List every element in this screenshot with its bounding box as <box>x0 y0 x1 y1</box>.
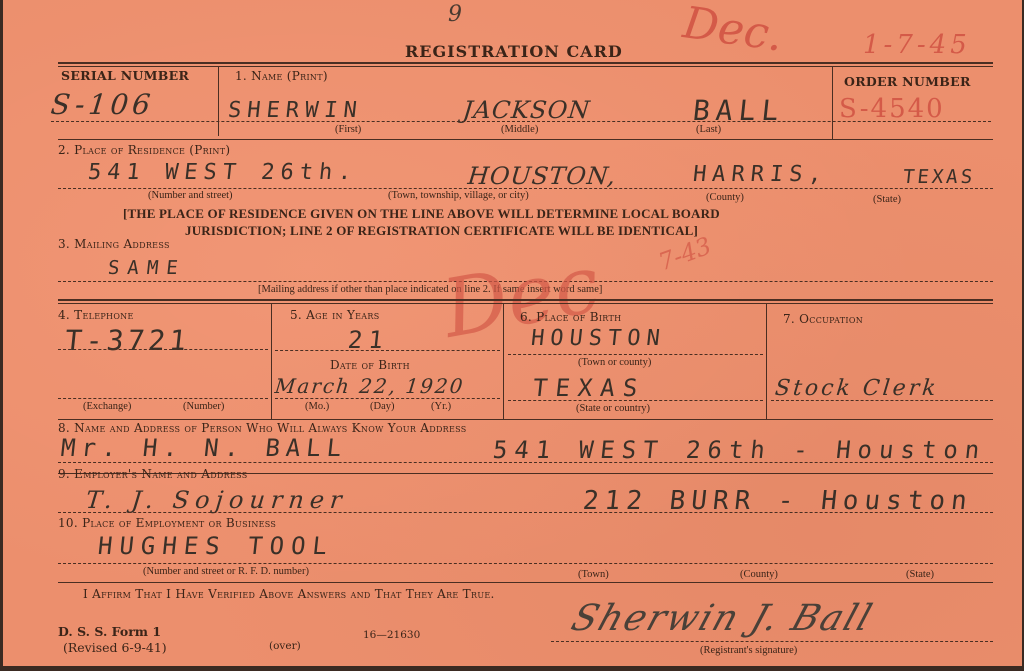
name-middle: JACKSON <box>462 96 592 124</box>
contact-name: Mr. H. N. BALL <box>60 434 349 462</box>
divider <box>218 66 219 136</box>
registrant-signature: Sherwin J. Ball <box>566 598 878 639</box>
state-caption: (State) <box>873 194 901 205</box>
county-caption: (County) <box>706 192 744 203</box>
telephone-label: 4. Telephone <box>58 308 134 322</box>
rule <box>58 62 993 64</box>
divider <box>503 303 504 419</box>
residence-notice-1: [THE PLACE OF RESIDENCE GIVEN ON THE LIN… <box>123 206 720 222</box>
telephone-value: T-3721 <box>63 324 192 357</box>
residence-state: TEXAS <box>902 166 977 188</box>
birthplace-town: HOUSTON <box>530 326 667 351</box>
serial-number-value: S-106 <box>49 88 156 121</box>
number-caption: (Number) <box>183 401 224 412</box>
card-title: REGISTRATION CARD <box>405 42 623 61</box>
dotted-line <box>58 563 993 564</box>
dob-label: Date of Birth <box>330 358 410 372</box>
first-caption: (First) <box>335 124 361 135</box>
birthplace-state: TEXAS <box>532 374 647 402</box>
employment-value: HUGHES TOOL <box>97 532 336 560</box>
emp-state-caption: (State) <box>906 569 934 580</box>
serial-number-label: SERIAL NUMBER <box>61 68 189 83</box>
dotted-line <box>58 512 993 513</box>
registration-card: 9 REGISTRATION CARD Dec. 1-7-45 SERIAL N… <box>3 0 1022 666</box>
rule <box>58 299 993 301</box>
stamp-month: Dec. <box>680 0 786 62</box>
dotted-line <box>58 349 268 350</box>
street-caption: (Number and street) <box>148 190 233 201</box>
dotted-line <box>58 188 993 189</box>
last-caption: (Last) <box>696 124 721 135</box>
age-label: 5. Age in Years <box>290 308 380 322</box>
name-first: SHERWIN <box>227 98 364 123</box>
dotted-line <box>275 350 500 351</box>
residence-street: 541 WEST 26th. <box>87 160 359 185</box>
divider <box>832 66 833 140</box>
print-code: 16—21630 <box>363 629 420 641</box>
page-mark: 9 <box>448 2 462 27</box>
order-number-label: ORDER NUMBER <box>844 74 971 89</box>
contact-address: 541 WEST 26th - Houston <box>492 436 988 464</box>
rule <box>58 303 993 304</box>
order-number-value: S-4540 <box>839 94 945 124</box>
middle-caption: (Middle) <box>501 124 538 135</box>
form-number: D. S. S. Form 1 <box>58 624 161 639</box>
emp-town-caption: (Town) <box>578 569 609 580</box>
month-caption: (Mo.) <box>305 401 329 412</box>
over-note: (over) <box>269 640 301 652</box>
mailing-label: 3. Mailing Address <box>58 237 170 251</box>
dotted-line <box>275 398 500 399</box>
name-label: 1. Name (Print) <box>235 69 328 83</box>
rule <box>58 419 993 420</box>
residence-notice-2: JURISDICTION; LINE 2 OF REGISTRATION CER… <box>185 223 698 239</box>
form-revised: (Revised 6-9-41) <box>63 640 167 655</box>
rule <box>58 582 993 583</box>
town-county-caption: (Town or county) <box>578 357 651 368</box>
dotted-line <box>508 354 763 355</box>
dotted-line <box>58 398 268 399</box>
day-caption: (Day) <box>370 401 395 412</box>
affirmation-text: I Affirm That I Have Verified Above Answ… <box>83 587 495 601</box>
residence-town: HOUSTON, <box>467 162 618 190</box>
signature-caption: (Registrant's signature) <box>700 645 797 656</box>
residence-label: 2. Place of Residence (Print) <box>58 143 230 157</box>
divider <box>766 303 767 419</box>
dotted-line <box>58 462 993 463</box>
employer-name: T. J. Sojourner <box>85 486 350 514</box>
emp-county-caption: (County) <box>740 569 778 580</box>
rule <box>58 66 993 67</box>
dotted-line <box>771 400 993 401</box>
contact-label: 8. Name and Address of Person Who Will A… <box>58 421 467 435</box>
divider <box>271 303 272 419</box>
dotted-line <box>508 400 763 401</box>
name-last: BALL <box>691 94 786 127</box>
state-country-caption: (State or country) <box>576 403 650 414</box>
occupation-value: Stock Clerk <box>774 376 940 401</box>
year-caption: (Yr.) <box>431 401 451 412</box>
exchange-caption: (Exchange) <box>83 401 131 412</box>
town-caption: (Town, township, village, or city) <box>388 190 529 201</box>
stamp-date: 1-7-45 <box>863 30 971 60</box>
rfd-caption: (Number and street or R. F. D. number) <box>143 566 309 577</box>
dotted-line <box>551 641 993 642</box>
residence-county: HARRIS, <box>692 162 829 187</box>
employer-label: 9. Employer's Name and Address <box>58 467 248 481</box>
employment-label: 10. Place of Employment or Business <box>58 516 276 530</box>
occupation-label: 7. Occupation <box>783 312 863 326</box>
mailing-value: SAME <box>107 257 187 279</box>
birthplace-label: 6. Place of Birth <box>520 310 621 324</box>
rule <box>58 139 993 140</box>
dob-value: March 22, 1920 <box>274 374 466 398</box>
